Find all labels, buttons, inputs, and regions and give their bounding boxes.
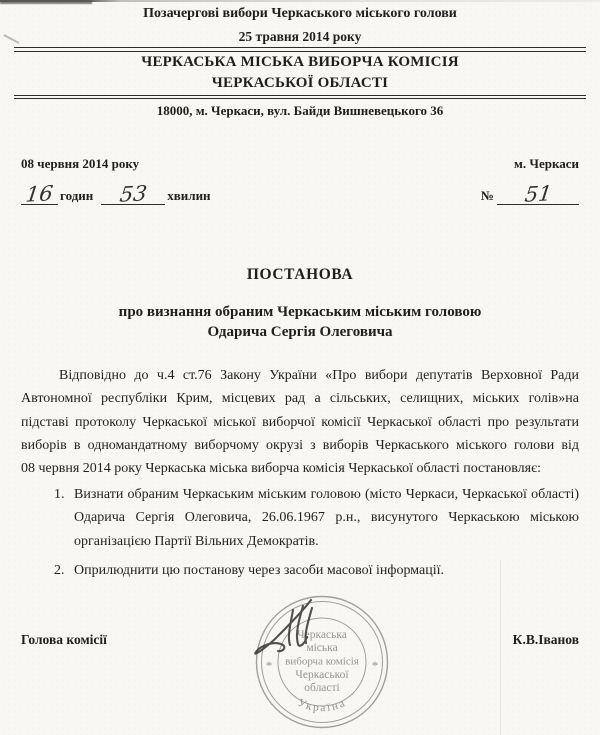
resolution-item-number: 2.	[54, 559, 74, 582]
preamble-line: Автономної республіки Крим, місцевих рад…	[21, 387, 579, 410]
resolution-item-2: 2. Оприлюднити цю постанову через засоби…	[21, 559, 579, 582]
resolution-item-text: Визнати обраним Черкаським міським голов…	[74, 483, 579, 553]
time-fields: 16годин53хвилин	[21, 180, 211, 205]
document-subtitle: про визнання обраним Черкаським міським …	[21, 303, 579, 342]
stamp-center-text: міська	[306, 642, 337, 654]
stamp-center-text: виборча комісія	[285, 656, 359, 668]
pen-signature	[255, 600, 312, 654]
header-divider-bottom	[14, 95, 586, 100]
commission-name-line2: ЧЕРКАСЬКОЇ ОБЛАСТІ	[21, 74, 579, 93]
hours-label: годин	[60, 188, 93, 205]
svg-text:Україна: Україна	[296, 697, 349, 715]
stamp-center-text: Черкаської	[295, 669, 349, 681]
number-field: №51	[481, 180, 579, 205]
handwritten-hours: 16	[25, 182, 55, 207]
meta-row: 08 червня 2014 року м. Черкаси	[21, 156, 579, 172]
election-header-line1: Позачергові вибори Черкаського міського …	[21, 0, 579, 23]
preamble-paragraph: Відповідно до ч.4 ст.76 Закону України «…	[21, 364, 579, 480]
stamp-right-asterisk: *	[372, 658, 379, 673]
commission-name-line1: ЧЕРКАСЬКА МІСЬКА ВИБОРЧА КОМІСІЯ	[21, 53, 579, 72]
document-title: ПОСТАНОВА	[21, 266, 579, 284]
preamble-line: виборів в одномандатному виборчому окруз…	[21, 434, 579, 457]
resolution-line: Оприлюднити цю постанову через засоби ма…	[74, 559, 579, 582]
resolution-item-1: 1. Визнати обраним Черкаським міським го…	[21, 483, 579, 553]
preamble-line: Відповідно до ч.4 ст.76 Закону України «…	[21, 364, 579, 387]
document-city: м. Черкаси	[514, 156, 579, 172]
stamp-left-asterisk: *	[266, 658, 273, 673]
resolution-item-number: 1.	[54, 483, 74, 553]
hours-blank: 16	[21, 180, 58, 205]
preamble-line: 08 червня 2014 року Черкаська міська виб…	[21, 457, 579, 480]
handwritten-minutes: 53	[118, 182, 148, 207]
commission-address: 18000, м. Черкаси, вул. Байди Вишневецьк…	[21, 102, 579, 119]
official-round-stamp: Черкаська міська виборча комісія Черкась…	[247, 589, 397, 735]
resolution-item-text: Оприлюднити цю постанову через засоби ма…	[74, 559, 579, 582]
stamp-center-text: області	[304, 682, 339, 694]
stamp-bottom-text: Україна	[296, 697, 349, 715]
signatory-position: Голова комісії	[21, 632, 107, 648]
signatory-name: К.В.Іванов	[513, 632, 579, 648]
time-number-row: 16годин53хвилин №51	[21, 180, 579, 205]
minutes-blank: 53	[101, 180, 165, 205]
subtitle-line2: Одарича Сергія Олеговича	[21, 323, 579, 343]
document-date: 08 червня 2014 року	[21, 156, 139, 172]
preamble-line: підставі протоколу Черкаської міської ви…	[21, 411, 579, 434]
handwritten-number: 51	[523, 182, 553, 207]
minutes-label: хвилин	[167, 188, 210, 205]
election-header-date: 25 травня 2014 року	[21, 28, 579, 45]
resolution-line: Визнати обраним Черкаським міським голов…	[74, 483, 579, 506]
number-sign: №	[481, 188, 494, 205]
resolution-line: організацією Партії Вільних Демократів.	[74, 530, 579, 553]
header-divider-top	[14, 47, 586, 52]
number-blank: 51	[497, 180, 579, 205]
resolution-list: 1. Визнати обраним Черкаським міським го…	[21, 483, 579, 582]
stamp-graphic: Черкаська міська виборча комісія Черкась…	[247, 589, 397, 735]
subtitle-line1: про визнання обраним Черкаським міським …	[21, 303, 579, 323]
resolution-line: Одарича Сергія Олеговича, 26.06.1967 р.н…	[74, 506, 579, 529]
